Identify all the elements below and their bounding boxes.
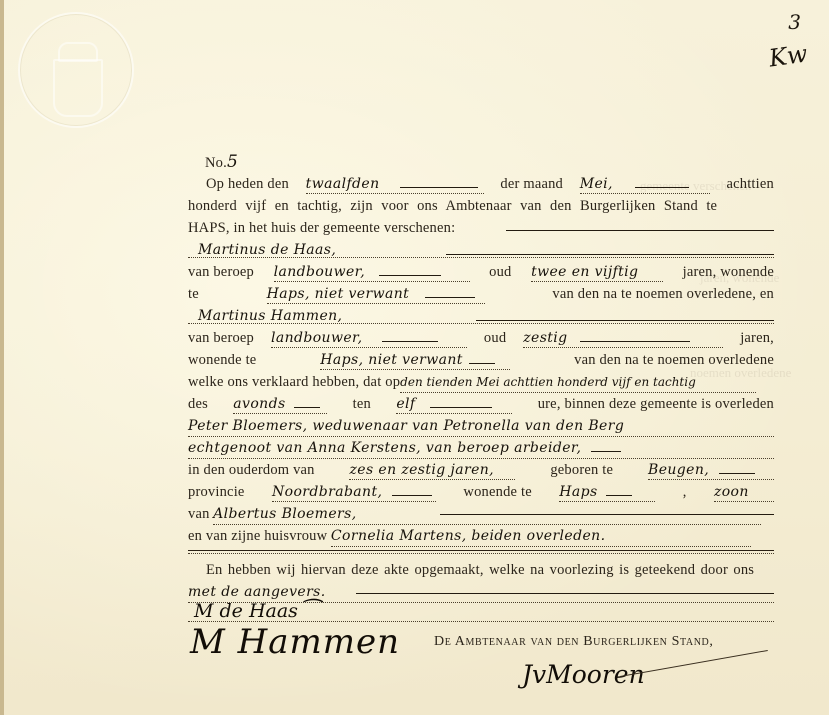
archivist-initials: Kw [767,39,809,72]
printed-text: van den na te noemen overledene, en [552,284,774,304]
deceased-field: Peter Bloemers, weduwenaar van Petronell… [188,416,774,437]
text-line-10: welke ons verklaard hebben, dat opden ti… [188,372,774,392]
printed-text: des [188,394,208,414]
underline [440,514,774,515]
day-field: twaalfden [306,174,484,194]
text-line-11: des avonds ten elf ure, binnen deze geme… [188,394,774,414]
province-field: Noordbrabant, [272,482,436,502]
text-line-17: en van zijne huisvrouw Cornelia Martens,… [188,526,774,546]
declarant-1-name: Martinus de Haas, [188,242,336,258]
underline [476,320,774,321]
underline [356,593,774,594]
record-number-label: No. [205,155,227,171]
printed-text: oud [484,328,506,348]
month-field: Mei, [580,174,710,194]
printed-text: provincie [188,482,245,502]
printed-text: ure, binnen deze gemeente is overleden [538,394,774,414]
date-of-death-field: den tienden Mei achttien honderd vijf en… [400,372,756,393]
deceased-details-field: echtgenoot van Anna Kerstens, van beroep… [188,438,774,459]
printed-text: wonende te [463,482,531,502]
printed-text: jaren, wonende [683,262,774,282]
printed-text: der maand [500,174,563,194]
printed-text: oud [489,262,511,282]
occupation-field: landbouwer, [271,328,467,348]
death-record-page: gemeente verschenen jaren, wonende noeme… [0,0,829,715]
signature-declarant-1: M de Haas [194,600,298,622]
official-title: De Ambtenaar van den Burgerlijken Stand, [434,634,713,649]
dotted-rule [188,323,774,324]
record-number-line: No.5 [205,152,791,172]
page-number: 3 [788,10,801,34]
signature-declarant-2: M Hammen [190,622,400,662]
text-line-14: in den ouderdom van zes en zestig jaren,… [188,460,774,480]
printed-text: geboren te [550,460,613,480]
text-line-19: met de aangevers. [188,582,774,602]
seal-shield-icon [53,59,103,117]
text-line-18: En hebben wij hiervan deze akte opgemaak… [188,560,774,580]
text-line-6: te Haps, niet verwant van den na te noem… [188,284,774,304]
section-divider [188,550,774,551]
printed-text: jaren, [740,328,774,348]
residence-field: Haps, niet verwant [320,350,510,370]
printed-text: ten [353,394,371,414]
printed-text: achttien [726,174,774,194]
text-line-8: van beroep landbouwer, oud zestig jaren, [188,328,774,348]
text-line-12: Peter Bloemers, weduwenaar van Petronell… [188,416,774,436]
text-line-3: HAPS, in het huis der gemeente verschene… [188,218,774,238]
printed-text: Op heden den [188,174,289,194]
birthplace-field: Beugen, [648,460,774,480]
age-at-death-field: zes en zestig jaren, [349,460,515,480]
printed-text: honderd vijf en tachtig, zijn voor ons A… [188,198,717,214]
record-number: 5 [227,152,238,172]
occupation-field: landbouwer, [274,262,470,282]
hour-field: elf [396,394,512,414]
printed-text: wonende te [188,350,256,370]
official-title-line: De Ambtenaar van den Burgerlijken Stand, [434,632,774,652]
printed-text: van beroep [188,262,254,282]
age-field: zestig [523,328,723,348]
mother-field: Cornelia Martens, beiden overleden. [331,526,751,547]
text-line-9: wonende te Haps, niet verwant van den na… [188,350,774,370]
text-line-5: van beroep landbouwer, oud twee en vijft… [188,262,774,282]
underline [446,254,774,255]
printed-text: in den ouderdom van [188,460,315,480]
residence-field: Haps, niet verwant [267,284,485,304]
dotted-rule [188,553,774,554]
text-line-13: echtgenoot van Anna Kerstens, van beroep… [188,438,774,458]
dotted-rule [188,257,774,258]
printed-text: , [683,482,687,502]
underline [506,230,774,231]
text-line-1: Op heden den twaalfden der maand Mei, ac… [188,174,774,194]
residence-field: Haps [559,482,655,502]
printed-text: welke ons verklaard hebben, dat op [188,374,400,390]
printed-text: en van zijne huisvrouw [188,528,327,544]
printed-text: van beroep [188,328,254,348]
declarant-2-name: Martinus Hammen, [188,308,342,324]
printed-text: HAPS, in het huis der gemeente verschene… [188,220,455,236]
printed-text: van [188,506,210,522]
text-line-2: honderd vijf en tachtig, zijn voor ons A… [188,196,774,216]
age-field: twee en vijftig [531,262,663,282]
printed-text: En hebben wij hiervan deze akte opgemaak… [188,562,754,578]
text-line-15: provincie Noordbrabant, wonende te Haps … [188,482,774,502]
embossed-seal-icon [18,12,134,128]
relation-field: zoon [714,482,774,502]
time-of-day-field: avonds [233,394,327,414]
page-edge [0,0,4,715]
printed-text: van den na te noemen overledene [574,350,774,370]
printed-text: te [188,284,199,304]
